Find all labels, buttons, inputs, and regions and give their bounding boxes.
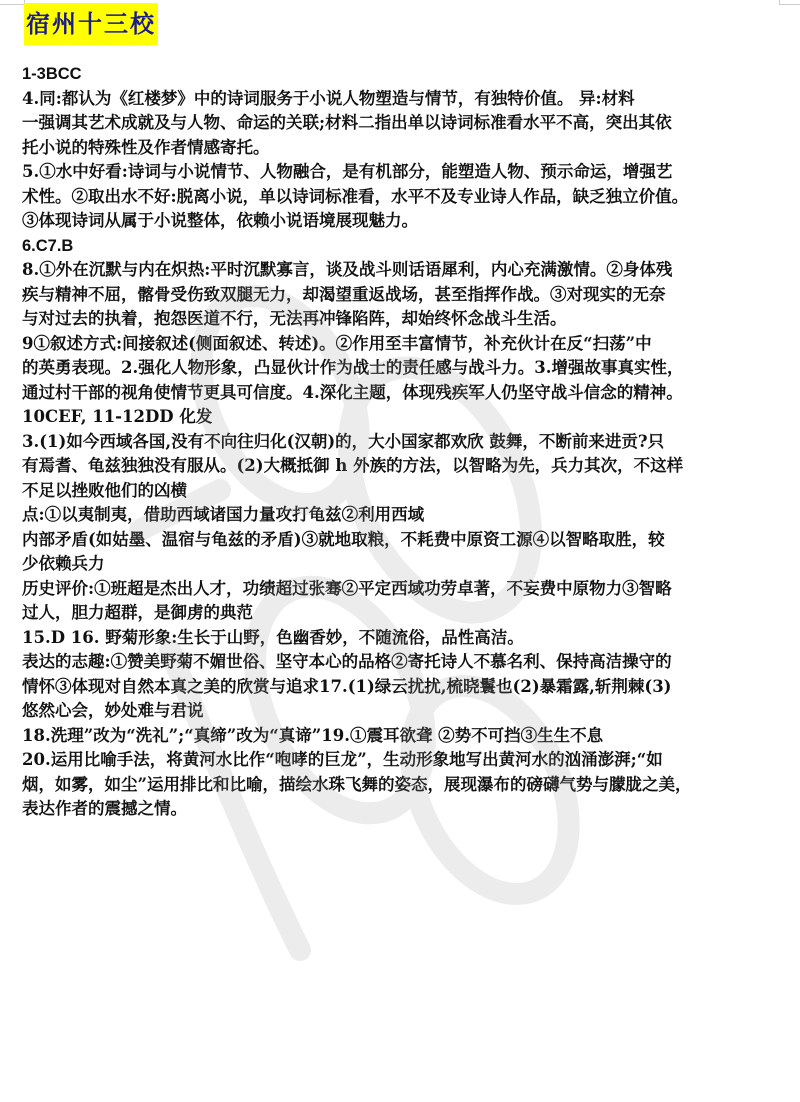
answer-line: 6.C7.B <box>22 234 782 259</box>
page-corner-mark <box>779 0 800 5</box>
answer-line: 内部矛盾(如姑墨、温宿与龟兹的矛盾)③就地取粮，不耗费中原资工源④以智略取胜，较 <box>22 528 782 553</box>
document-title: 宿州十三校 <box>24 3 158 45</box>
answer-line: 5.①水中好看:诗词与小说情节、人物融合，是有机部分，能塑造人物、预示命运，增强… <box>22 160 782 185</box>
answer-line: 一强调其艺术成就及与人物、命运的关联;材料二指出单以诗词标准看水平不高，突出其依 <box>22 111 782 136</box>
answer-line: 4.同:都认为《红楼梦》中的诗词服务于小说人物塑造与情节，有独特价值。 异:材料 <box>22 87 782 112</box>
answer-line: 烟，如雾，如尘”运用排比和比喻，描绘水珠飞舞的姿态，展现瀑布的磅礴气势与朦胧之美… <box>22 773 782 798</box>
answer-line: 20.运用比喻手法，将黄河水比作“咆哮的巨龙”，生动形象地写出黄河水的汹涌澎湃;… <box>22 748 782 773</box>
page-corner-mark <box>0 0 25 5</box>
answer-line: 18.洗理”改为“洗礼”;“真缔”改为“真谛”19.①震耳欲聋 ②势不可挡③生生… <box>22 724 782 749</box>
answer-line: 10CEF, 11-12DD 化发 <box>22 405 782 430</box>
answer-line: 通过村干部的视角使情节更具可信度。4.深化主题，体现残疾军人仍坚守战斗信念的精神… <box>22 381 782 406</box>
answer-line: 的英勇表现。2.强化人物形象，凸显伙计作为战士的责任感与战斗力。3.增强故事真实… <box>22 356 782 381</box>
answer-line: 点:①以夷制夷，借助西域诸国力量攻打龟兹②利用西域 <box>22 503 782 528</box>
answer-line: 过人，胆力超群，是御虏的典范 <box>22 601 782 626</box>
answer-line: 悠然心会，妙处难与君说 <box>22 699 782 724</box>
answer-line: 1-3BCC <box>22 62 782 87</box>
answer-line: 术性。②取出水不好:脱离小说，单以诗词标准看，水平不及专业诗人作品，缺乏独立价值… <box>22 185 782 210</box>
answer-line: 8.①外在沉默与内在炽热:平时沉默寡言，谈及战斗则话语犀利，内心充满激情。②身体… <box>22 258 782 283</box>
answer-line: 9①叙述方式:间接叙述(侧面叙述、转述)。②作用至丰富情节，补充伙计在反“扫荡”… <box>22 332 782 357</box>
answer-line: ③体现诗词从属于小说整体，依赖小说语境展现魅力。 <box>22 209 782 234</box>
answer-line: 少依赖兵力 <box>22 552 782 577</box>
answer-line: 不足以挫败他们的凶横 <box>22 479 782 504</box>
answer-line: 有焉耆、龟兹独独没有服从。(2)大概抵御 h 外族的方法，以智略为先，兵力其次，… <box>22 454 782 479</box>
answer-line: 情怀③体现对自然本真之美的欣赏与追求17.(1)绿云扰扰,梳晓鬟也(2)暴霜露,… <box>22 675 782 700</box>
answer-line: 疾与精神不屈，髂骨受伤致双腿无力，却渴望重返战场，甚至指挥作战。③对现实的无奈 <box>22 283 782 308</box>
answer-line: 表达作者的震撼之情。 <box>22 797 782 822</box>
answer-key-body: 1-3BCC 4.同:都认为《红楼梦》中的诗词服务于小说人物塑造与情节，有独特价… <box>22 62 782 822</box>
answer-line: 托小说的特殊性及作者情感寄托。 <box>22 136 782 161</box>
answer-line: 表达的志趣:①赞美野菊不媚世俗、坚守本心的品格②寄托诗人不慕名利、保持高洁操守的 <box>22 650 782 675</box>
answer-line: 15.D 16. 野菊形象:生长于山野，色幽香妙，不随流俗，品性高洁。 <box>22 626 782 651</box>
answer-line: 3.(1)如今西域各国,没有不向往归化(汉朝)的，大小国家都欢欣 鼓舞，不断前来… <box>22 430 782 455</box>
answer-line: 与对过去的执着，抱怨医道不行，无法再冲锋陷阵，却始终怀念战斗生活。 <box>22 307 782 332</box>
answer-line: 历史评价:①班超是杰出人才，功绩超过张骞②平定西域功劳卓著，不妄费中原物力③智略 <box>22 577 782 602</box>
